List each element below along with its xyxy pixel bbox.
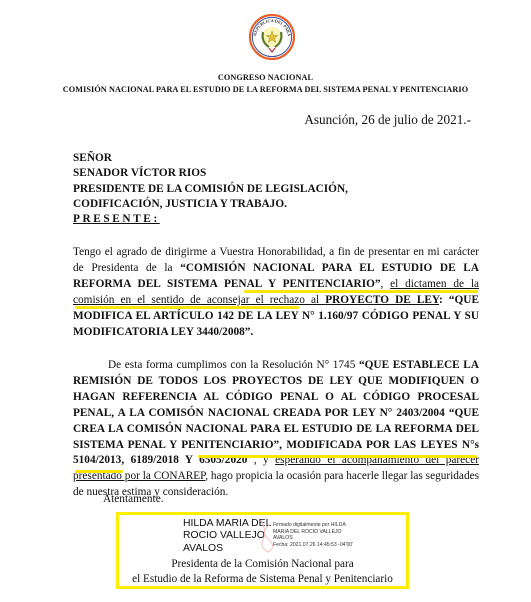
closing-text: Atentamente. — [103, 493, 164, 505]
paragraph-resolution: De esta forma cumplimos con la Resolució… — [73, 358, 479, 501]
republica-del-paraguay-seal-icon: REPÚBLICA DEL PARAGUAY — [249, 14, 295, 60]
proyecto-de-ley-label: PROYECTO DE LEY — [325, 294, 439, 306]
presente-label: PRESENTE: — [73, 212, 348, 227]
highlight-mark — [244, 290, 478, 293]
text-run: , — [381, 278, 391, 290]
addressee-line: SENADOR VÍCTOR RIOS — [73, 166, 348, 181]
addressee-line: CODIFICACIÓN, JUSTICIA Y TRABAJO. — [73, 197, 348, 212]
header-congreso: CONGRESO NACIONAL — [0, 73, 531, 82]
letter-date: Asunción, 26 de julio de 2021.- — [304, 112, 471, 128]
digital-signature-details: Firmado digitalmente por HILDA MARIA DEL… — [273, 522, 353, 548]
signer-title-line: el Estudio de la Reforma de Sistema Pena… — [116, 572, 409, 587]
text-run: De esta forma cumplimos con la Resolució… — [108, 359, 359, 371]
highlight-mark — [75, 306, 299, 309]
signer-title-line: Presidenta de la Comisión Nacional para — [116, 557, 409, 572]
resolution-title: “QUE ESTABLECE LA REMISIÓN DE TODOS LOS … — [73, 359, 479, 466]
highlight-mark — [198, 455, 477, 458]
header-comision: COMISIÓN NACIONAL PARA EL ESTUDIO DE LA … — [0, 85, 531, 94]
addressee-block: SEÑOR SENADOR VÍCTOR RIOS PRESIDENTE DE … — [73, 151, 348, 227]
addressee-line: SEÑOR — [73, 151, 348, 166]
highlight-mark — [75, 470, 123, 473]
addressee-line: PRESIDENTE DE LA COMISIÓN DE LEGISLACIÓN… — [73, 182, 348, 197]
